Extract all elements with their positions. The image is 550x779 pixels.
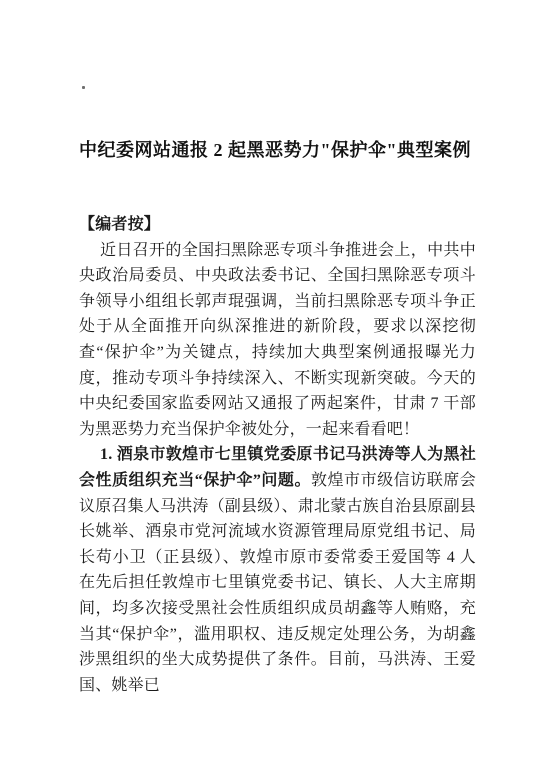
document-title: 中纪委网站通报 2 起黑恶势力"保护伞"典型案例: [0, 137, 550, 163]
document-body: 【编者按】 近日召开的全国扫黑除恶专项斗争推进会上，中共中央政治局委员、中央政法…: [79, 212, 476, 698]
document-page: 中纪委网站通报 2 起黑恶势力"保护伞"典型案例 【编者按】 近日召开的全国扫黑…: [0, 0, 550, 779]
editor-note-label: 【编者按】: [79, 212, 476, 238]
scan-speck: [82, 86, 85, 89]
case-1-body: 敦煌市市级信访联席会议原召集人马洪涛（副县级）、肃北蒙古族自治县原副县长姚举、酒…: [79, 472, 476, 694]
paragraph-editor-note: 近日召开的全国扫黑除恶专项斗争推进会上，中共中央政治局委员、中央政法委书记、全国…: [79, 238, 476, 443]
paragraph-case-1: 1. 酒泉市敦煌市七里镇党委原书记马洪涛等人为黑社会性质组织充当“保护伞”问题。…: [79, 442, 476, 698]
